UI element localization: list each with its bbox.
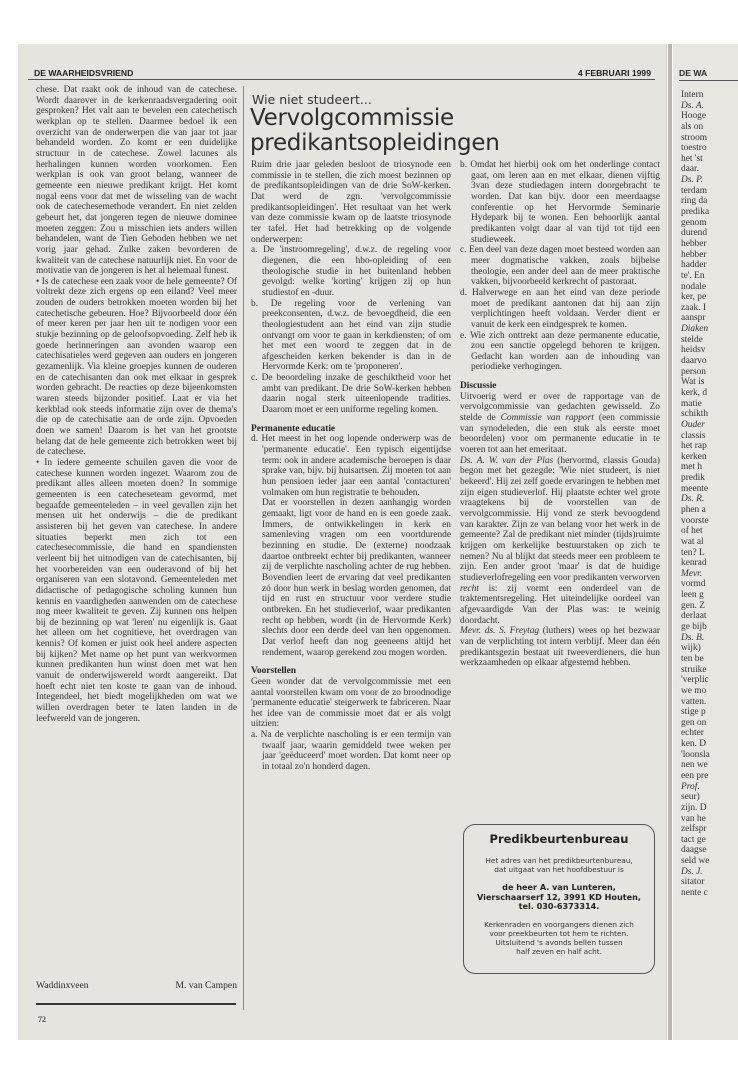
- headline-line: Vervolgcommissie: [250, 106, 499, 131]
- speaker-name: Mevr. ds. S. Freytag: [460, 626, 539, 636]
- next-page-line: Prof.: [681, 782, 710, 793]
- topic-item: c. De beoordeling inzake de geschiktheid…: [251, 373, 451, 416]
- right-column: b. Omdat het hierbij ook om het onderlin…: [460, 160, 660, 669]
- next-page-line: 'verplic: [681, 675, 710, 686]
- next-page-line: tact ge: [681, 835, 710, 846]
- next-page-line: zijn. D: [681, 803, 710, 814]
- next-page-line: meente: [681, 484, 710, 495]
- middle-column: Ruim drie jaar geleden besloot de triosy…: [251, 160, 451, 773]
- next-page-line: zaak. I: [681, 303, 710, 314]
- next-page-line: hadder: [681, 260, 710, 271]
- next-page-line: zelfspr: [681, 824, 710, 835]
- section-heading-permanente-educatie: Permanente educatie: [251, 424, 451, 435]
- next-page-line: Ouder: [681, 420, 710, 431]
- headline-line: predikantsopleidingen: [250, 131, 499, 156]
- speaker-name: Ds. A. W. van der Plas: [460, 456, 553, 466]
- proposal-item: e. Wie zich onttrekt aan deze permanente…: [460, 331, 660, 374]
- next-page-line: Ds. A.: [681, 101, 710, 112]
- next-page-line: kerken: [681, 452, 710, 463]
- next-page-line: matie: [681, 399, 710, 410]
- paragraph: Ds. A. W. van der Plas (hervormd, classi…: [460, 456, 660, 627]
- next-page-line: Ds. R.: [681, 494, 710, 505]
- next-page-line: seld we: [681, 856, 710, 867]
- box-note: Kerkenraden en voorgangers dienen zich v…: [464, 920, 654, 956]
- article-end-rule: [36, 1003, 236, 1005]
- next-page-line: Mevr.: [681, 569, 710, 580]
- next-page-line: als on: [681, 122, 710, 133]
- proposal-item: d. Halverwege en aan het eind van deze p…: [460, 288, 660, 331]
- next-page-line: ten be: [681, 654, 710, 665]
- proposal-item: a. Na de verplichte nascholing is er een…: [251, 730, 451, 773]
- next-page-line: wat al: [681, 537, 710, 548]
- running-header: DE WAARHEIDSVRIEND 4 FEBRUARI 1999: [28, 65, 655, 80]
- next-page-line: voorste: [681, 516, 710, 527]
- next-page-line: kenrad: [681, 558, 710, 569]
- next-page-line: struike: [681, 665, 710, 676]
- next-page-line: echter: [681, 728, 710, 739]
- proposal-item: b. Omdat het hierbij ook om het onderlin…: [460, 160, 660, 245]
- next-page-line: kerk, d: [681, 388, 710, 399]
- next-page-line: Wat is: [681, 377, 710, 388]
- next-page-line: daarvo: [681, 356, 710, 367]
- next-page-line: ring da: [681, 196, 710, 207]
- paragraph: Mevr. ds. S. Freytag (luthers) wees op h…: [460, 626, 660, 669]
- paragraph: chese. Dat raakt ook de inhoud van de ca…: [36, 85, 237, 277]
- next-page-line: Ds. P.: [681, 175, 710, 186]
- next-page-line: hebber: [681, 250, 710, 261]
- next-page-line: ge bijb: [681, 622, 710, 633]
- emphasis: recht: [460, 584, 479, 594]
- next-page-line: met h: [681, 462, 710, 473]
- signoff-place: Waddinxveen: [36, 980, 89, 991]
- next-page-column: InternDs. A.Hoogeals onstroomtoestrohet …: [681, 90, 710, 899]
- next-page-line: ken. D: [681, 739, 710, 750]
- next-page-line: terdam: [681, 186, 710, 197]
- paragraph: Geen wonder dat de vervolgcommissie met …: [251, 677, 451, 730]
- topic-item: d. Het meest in het oog lopende onderwer…: [251, 434, 451, 498]
- next-page-line: Diaken: [681, 324, 710, 335]
- paragraph: Uitvoerig werd er over de rapportage van…: [460, 392, 660, 456]
- section-heading-discussie: Discussie: [460, 381, 660, 392]
- next-page-line: nente c: [681, 888, 710, 899]
- next-page-line: of het: [681, 526, 710, 537]
- paragraph: Dat er voorstellen in dezen aanhangig wo…: [251, 498, 451, 658]
- topic-item: a. De 'instroomregeling', d.w.z. de rege…: [251, 245, 451, 298]
- next-page-line: we mo: [681, 686, 710, 697]
- section-heading-voorstellen: Voorstellen: [251, 666, 451, 677]
- next-page-line: predika: [681, 207, 710, 218]
- next-page-line: stroom: [681, 133, 710, 144]
- next-page-line: daar.: [681, 164, 710, 175]
- page-number: 72: [38, 1015, 46, 1024]
- next-page-line: ker, pe: [681, 292, 710, 303]
- next-page-line: Ds. B.: [681, 633, 710, 644]
- next-page-line: wijk): [681, 643, 710, 654]
- topic-item: b. De regeling voor de verlening van pre…: [251, 299, 451, 374]
- next-page-line: gen on: [681, 718, 710, 729]
- predikbeurtenbureau-box: Predikbeurtenbureau Het adres van het pr…: [463, 824, 655, 974]
- next-page-line: daagse: [681, 845, 710, 856]
- box-intro: Het adres van het predikbeurtenbureau, d…: [464, 856, 654, 874]
- next-page-line: aanspr: [681, 313, 710, 324]
- paragraph: • Is de catechese een zaak voor de hele …: [36, 277, 237, 458]
- next-page-line: hebber: [681, 239, 710, 250]
- next-page-line: gen. Z: [681, 601, 710, 612]
- next-page-line: classis: [681, 431, 710, 442]
- box-address: de heer A. van Lunteren, Vierschaarserf …: [464, 883, 654, 912]
- next-page-line: person: [681, 367, 710, 378]
- paragraph: • In iedere gemeente schuilen gaven die …: [36, 458, 237, 724]
- column-divider: [243, 86, 244, 1010]
- next-page-strip: DE WA InternDs. A.Hoogeals onstroomtoest…: [673, 44, 738, 1040]
- next-page-line: van he: [681, 814, 710, 825]
- publication-name: DE WAARHEIDSVRIEND: [34, 68, 133, 78]
- emphasis: Commissie van rapport: [501, 413, 594, 423]
- next-page-line: stelde: [681, 335, 710, 346]
- next-page-line: 'loonsla: [681, 750, 710, 761]
- next-page-line: seur): [681, 792, 710, 803]
- next-page-line: predik: [681, 473, 710, 484]
- next-page-line: nen we: [681, 760, 710, 771]
- next-page-line: ten? L: [681, 548, 710, 559]
- next-page-line: sitator: [681, 877, 710, 888]
- next-page-line: vormd: [681, 579, 710, 590]
- next-page-line: nodale: [681, 282, 710, 293]
- next-page-line: stige p: [681, 707, 710, 718]
- next-page-line: Intern: [681, 90, 710, 101]
- next-page-line: te'. En: [681, 271, 710, 282]
- next-page-line: een pre: [681, 771, 710, 782]
- next-page-line: heidsv: [681, 345, 710, 356]
- next-page-line: vatten.: [681, 697, 710, 708]
- proposal-item: c. Een deel van deze dagen moet besteed …: [460, 245, 660, 288]
- next-page-line: het rap: [681, 441, 710, 452]
- next-page-line: leen g: [681, 590, 710, 601]
- next-page-line: durend: [681, 228, 710, 239]
- next-page-line: het 'st: [681, 154, 710, 165]
- box-title: Predikbeurtenbureau: [464, 832, 654, 846]
- issue-date: 4 FEBRUARI 1999: [578, 68, 651, 78]
- signoff-author: M. van Campen: [175, 980, 237, 991]
- next-page-line: genom: [681, 218, 710, 229]
- next-page-line: schikth: [681, 409, 710, 420]
- article-headline: Vervolgcommissie predikantsopleidingen: [250, 106, 499, 156]
- next-page-header: DE WA: [679, 68, 738, 81]
- left-column-article-end: chese. Dat raakt ook de inhoud van de ca…: [36, 85, 237, 724]
- article-intro: Ruim drie jaar geleden besloot de triosy…: [251, 160, 451, 245]
- next-page-line: toestro: [681, 143, 710, 154]
- next-page-line: Hooge: [681, 111, 710, 122]
- page-gutter: [668, 44, 672, 1040]
- next-page-line: derlaat: [681, 611, 710, 622]
- next-page-line: Ds. J.: [681, 867, 710, 878]
- next-page-line: phen a: [681, 505, 710, 516]
